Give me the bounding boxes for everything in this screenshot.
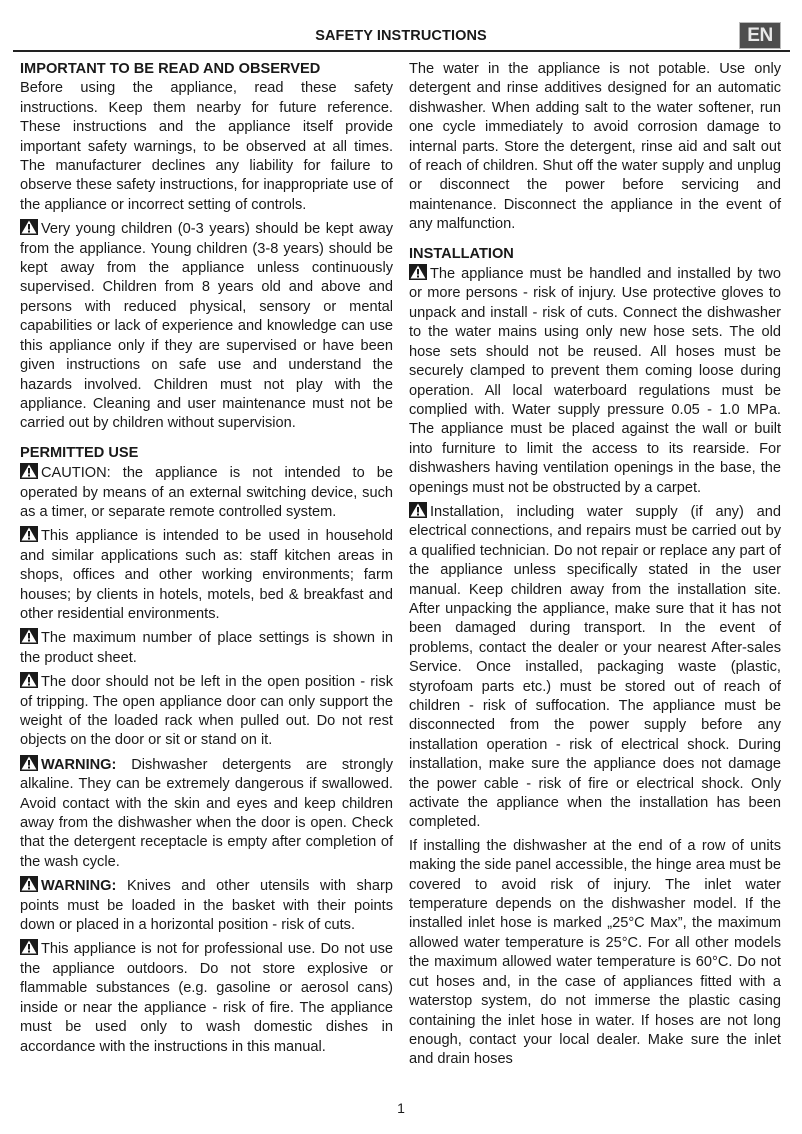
warning-triangle-icon [20, 672, 38, 688]
page-number: 1 [0, 1100, 802, 1116]
paragraph-text: The door should not be left in the open … [20, 674, 393, 748]
section-water-and-maintenance: The water in the appliance is not potabl… [409, 60, 781, 235]
warning-triangle-icon [20, 876, 38, 892]
warning-paragraph: CAUTION: the appliance is not intended t… [20, 463, 393, 522]
paragraph-text: Installation, including water supply (if… [409, 504, 781, 831]
paragraph-text: The water in the appliance is not potabl… [409, 61, 781, 232]
warning-paragraph: The appliance must be handled and instal… [409, 264, 781, 498]
paragraph-text: This appliance is intended to be used in… [20, 528, 393, 622]
paragraph-text: The maximum number of place settings is … [20, 630, 393, 665]
language-badge: EN [739, 22, 781, 49]
right-column: The water in the appliance is not potabl… [409, 60, 781, 1074]
paragraph: The water in the appliance is not potabl… [409, 60, 781, 235]
warning-paragraph: This appliance is not for professional u… [20, 939, 393, 1056]
warning-paragraph: The maximum number of place settings is … [20, 628, 393, 668]
warning-paragraph: Very young children (0-3 years) should b… [20, 219, 393, 433]
section-important: IMPORTANT TO BE READ AND OBSERVED Before… [20, 60, 393, 434]
section-installation: INSTALLATION The appliance must be handl… [409, 245, 781, 1070]
warning-paragraph: Installation, including water supply (if… [409, 502, 781, 833]
paragraph-text: If installing the dishwasher at the end … [409, 838, 781, 1067]
warning-paragraph: WARNING: Dishwasher detergents are stron… [20, 755, 393, 872]
warning-triangle-icon [20, 628, 38, 644]
left-column: IMPORTANT TO BE READ AND OBSERVED Before… [20, 60, 393, 1061]
warning-triangle-icon [20, 755, 38, 771]
paragraph-text: Very young children (0-3 years) should b… [20, 221, 393, 431]
warning-triangle-icon [409, 502, 427, 518]
warning-triangle-icon [20, 463, 38, 479]
paragraph: Before using the appliance, read these s… [20, 79, 393, 215]
paragraph-text: The appliance must be handled and instal… [409, 266, 781, 495]
warning-triangle-icon [409, 264, 427, 280]
section-permitted-use: PERMITTED USE CAUTION: the appliance is … [20, 444, 393, 1057]
page-title: SAFETY INSTRUCTIONS [0, 28, 802, 44]
paragraph-text: This appliance is not for professional u… [20, 941, 393, 1054]
paragraph: If installing the dishwasher at the end … [409, 837, 781, 1070]
warning-paragraph: The door should not be left in the open … [20, 672, 393, 751]
paragraph-text: Dishwasher detergents are strongly alkal… [20, 757, 393, 870]
section-heading: IMPORTANT TO BE READ AND OBSERVED [20, 60, 393, 79]
paragraph-text: Before using the appliance, read these s… [20, 80, 393, 212]
section-heading: PERMITTED USE [20, 444, 393, 463]
warning-label: WARNING: [41, 878, 116, 894]
warning-triangle-icon [20, 939, 38, 955]
warning-triangle-icon [20, 219, 38, 235]
header-divider [13, 50, 790, 52]
warning-label: WARNING: [41, 757, 116, 773]
warning-triangle-icon [20, 526, 38, 542]
warning-paragraph: WARNING: Knives and other utensils with … [20, 876, 393, 935]
warning-paragraph: This appliance is intended to be used in… [20, 526, 393, 624]
paragraph-text: CAUTION: the appliance is not intended t… [20, 465, 393, 520]
section-heading: INSTALLATION [409, 245, 781, 264]
